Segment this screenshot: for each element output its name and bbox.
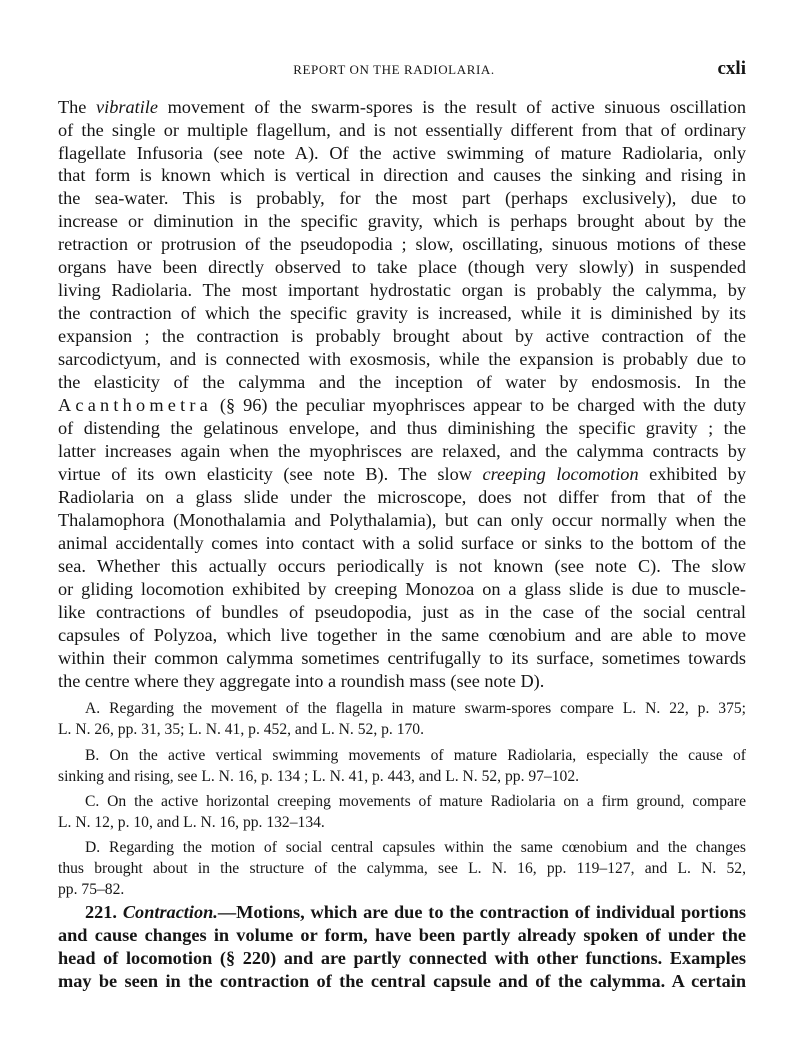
running-head: REPORT ON THE RADIOLARIA. cxli <box>58 58 730 82</box>
footnote-line: L. N. 12, p. 10, and L. N. 16, pp. 132–1… <box>58 813 746 833</box>
footnote-line: L. N. 26, pp. 31, 35; L. N. 41, p. 452, … <box>58 720 746 740</box>
text-line: or gliding locomotion exhibited by creep… <box>58 578 746 600</box>
text-line: the contraction of which the specific gr… <box>58 302 746 324</box>
emphasis: vibratile <box>96 97 158 117</box>
text-line: organs have been directly observed to ta… <box>58 256 746 278</box>
footnote-line: A. Regarding the movement of the flagell… <box>85 699 746 719</box>
footnote-line: thus brought about in the structure of t… <box>58 859 746 879</box>
section-number: 221. <box>85 902 117 922</box>
section-heading-line: 221. Contraction.—Motions, which are due… <box>85 901 746 923</box>
emphasis: creeping locomotion <box>483 464 639 484</box>
footnote-line: C. On the active horizontal creeping mov… <box>85 792 746 812</box>
text-line: head of locomotion (§ 220) and are partl… <box>58 947 746 969</box>
text-line: sea. Whether this actually occurs period… <box>58 555 746 577</box>
text-line: of distending the gelatinous envelope, a… <box>58 417 746 439</box>
text-line: of the single or multiple flagellum, and… <box>58 119 746 141</box>
document-page: REPORT ON THE RADIOLARIA. cxli The vibra… <box>0 0 800 1050</box>
text-line: the sea-water. This is probably, for the… <box>58 187 746 209</box>
text-line: flagellate Infusoria (see note A). Of th… <box>58 142 746 164</box>
section-title: Contraction. <box>123 902 218 922</box>
footnote-line: pp. 75–82. <box>58 880 746 900</box>
text-line: retraction or protrusion of the pseudopo… <box>58 233 746 255</box>
text-line: expansion ; the contraction is probably … <box>58 325 746 347</box>
text-line: that form is known which is vertical in … <box>58 164 746 186</box>
footnote-line: sinking and rising, see L. N. 16, p. 134… <box>58 767 746 787</box>
genus-name: Acanthometra <box>58 395 212 415</box>
text-line: the elasticity of the calymma and the in… <box>58 371 746 393</box>
text-line: capsules of Polyzoa, which live together… <box>58 624 746 646</box>
text-line: like contractions of bundles of pseudopo… <box>58 601 746 623</box>
text-line: Acanthometra (§ 96) the peculiar myophri… <box>58 394 746 416</box>
text-line: sarcodictyum, and is connected with exos… <box>58 348 746 370</box>
text-line: latter increases again when the myophris… <box>58 440 746 462</box>
text-line: and cause changes in volume or form, hav… <box>58 924 746 946</box>
text-line: animal accidentally comes into contact w… <box>58 532 746 554</box>
text-line: may be seen in the contraction of the ce… <box>58 970 746 992</box>
footnote-line: D. Regarding the motion of social centra… <box>85 838 746 858</box>
footnote-line: B. On the active vertical swimming movem… <box>85 746 746 766</box>
page-number: cxli <box>718 58 747 80</box>
text-line: the centre where they aggregate into a r… <box>58 670 746 692</box>
text-line: Thalamophora (Monothalamia and Polythala… <box>58 509 746 531</box>
text-line: living Radiolaria. The most important hy… <box>58 279 746 301</box>
running-title: REPORT ON THE RADIOLARIA. <box>58 62 730 78</box>
text-line: Radiolaria on a glass slide under the mi… <box>58 486 746 508</box>
text-line: within their common calymma sometimes ce… <box>58 647 746 669</box>
text-line: virtue of its own elasticity (see note B… <box>58 463 746 485</box>
text-line: increase or diminution in the specific g… <box>58 210 746 232</box>
text-line: The vibratile movement of the swarm-spor… <box>58 96 746 118</box>
